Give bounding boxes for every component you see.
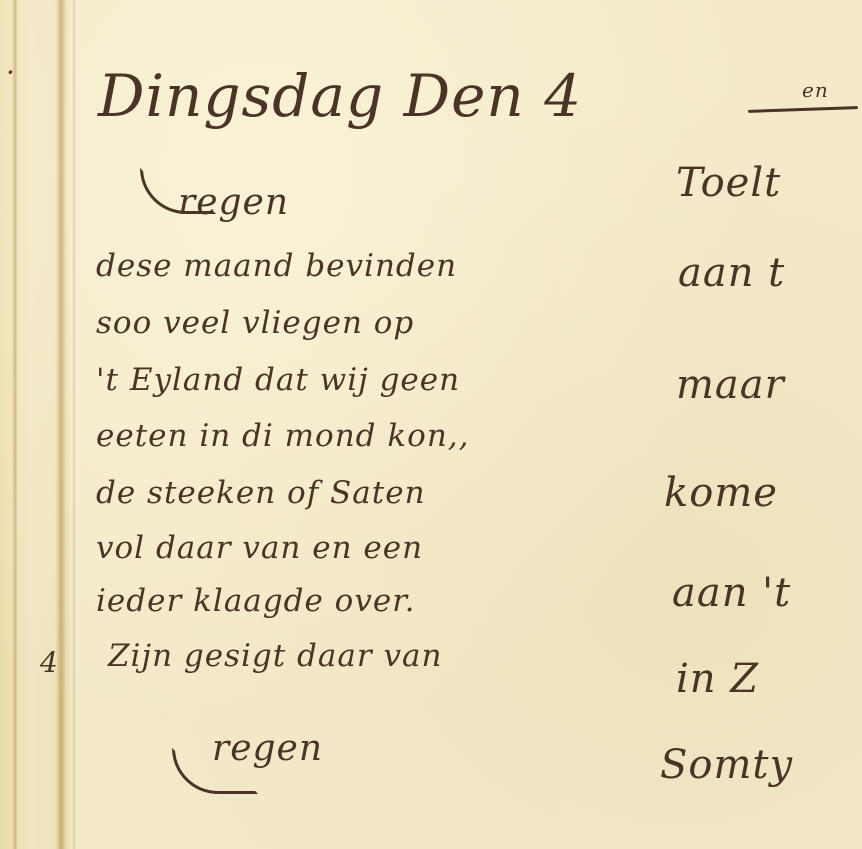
flourish: [172, 748, 258, 794]
manuscript-page: Dingsdag Den 4 en regen dese maand bevin…: [0, 0, 862, 849]
text-line: Zijn gesigt daar van: [108, 638, 443, 674]
right-column-fragment: kome: [664, 470, 778, 516]
text-line: ieder klaagde over.: [96, 583, 415, 619]
text-line: soo veel vliegen op: [96, 305, 414, 341]
flourish: [140, 168, 216, 214]
right-column-fragment: Somty: [660, 742, 793, 788]
heading-underline: [748, 106, 858, 113]
text-line: 't Eyland dat wij geen: [96, 362, 460, 398]
heading-superscript: en: [802, 78, 829, 102]
margin-mark: 4: [40, 646, 59, 679]
paper-fold-edge: [72, 0, 76, 849]
text-line: de steeken of Saten: [96, 475, 426, 511]
paper-fold-edge: [12, 0, 18, 849]
entry-heading: Dingsdag Den 4: [98, 62, 582, 130]
text-line: dese maand bevinden: [96, 248, 457, 284]
right-column-fragment: aan t: [678, 250, 785, 296]
text-line: vol daar van en een: [96, 530, 423, 566]
right-column-fragment: aan 't: [672, 570, 791, 616]
right-column-fragment: in Z: [676, 656, 759, 702]
text-line: eeten in di mond kon,,: [96, 418, 470, 454]
right-column-fragment: Toelt: [676, 160, 781, 206]
margin-mark: ·: [6, 56, 16, 89]
right-column-fragment: maar: [676, 362, 785, 408]
paper-fold-edge: [56, 0, 66, 849]
